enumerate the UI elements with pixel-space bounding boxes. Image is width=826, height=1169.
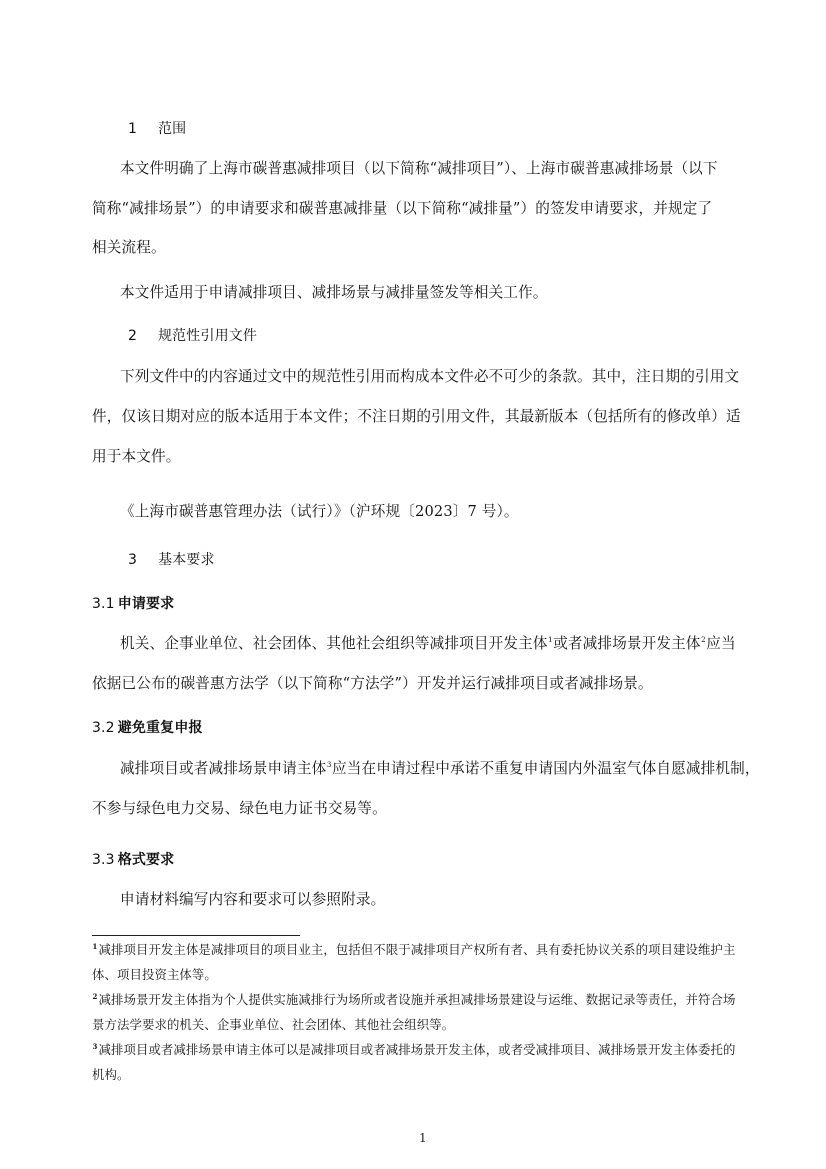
footnote-text: 减排项目开发主体是减排项目的项目业主，包括但不限于减排项目产权所有者、具有委托协… [98, 942, 735, 957]
subsection-number: 3.2 [92, 720, 115, 736]
paragraph-line: 申请材料编写内容和要求可以参照附录。 [120, 890, 385, 910]
subsection-number: 3.3 [92, 852, 115, 868]
page-number: 1 [419, 1131, 427, 1145]
footnote-text: 减排场景开发主体指为个人提供实施减排行为场所或者设施并承担减排场景建设与运维、数… [98, 992, 735, 1007]
paragraph-line: 不参与绿色电力交易、绿色电力证书交易等。 [92, 799, 387, 819]
subsection-number: 3.1 [92, 596, 115, 612]
normative-reference: 《上海市碳普惠管理办法（试行）》（沪环规〔2023〕7 号）。 [120, 502, 519, 522]
subsection-title: 格式要求 [118, 852, 175, 868]
section-number: 3 [128, 550, 158, 570]
section-heading-2: 2规范性引用文件 [128, 326, 257, 346]
text-run: 应当在申请过程中承诺不重复申请国内外温室气体自愿减排机制， [332, 760, 760, 777]
section-title: 基本要求 [158, 552, 215, 568]
section-heading-1: 1范围 [128, 119, 186, 139]
paragraph-line: 用于本文件。 [92, 447, 180, 467]
section-title: 范围 [158, 121, 186, 137]
footnote-2: 2减排场景开发主体指为个人提供实施减排行为场所或者设施并承担减排场景建设与运维、… [92, 992, 736, 1008]
footnote-3-cont: 机构。 [92, 1067, 129, 1083]
section-heading-3: 3基本要求 [128, 550, 215, 570]
paragraph-line: 件，仅该日期对应的版本适用于本文件；不注日期的引用文件，其最新版本（包括所有的修… [92, 407, 741, 427]
subsection-title: 避免重复申报 [118, 720, 203, 736]
text-run: 应当 [706, 635, 736, 652]
footnote-ref-1[interactable]: 1 [548, 636, 553, 644]
subsection-heading-3-2: 3.2避免重复申报 [92, 718, 203, 738]
paragraph-line: 本文件适用于申请减排项目、减排场景与减排量签发等相关工作。 [120, 283, 548, 303]
footnote-3: 3减排项目或者减排场景申请主体可以是减排项目或者减排场景开发主体，或者受减排项目… [92, 1042, 736, 1058]
footnote-ref-3[interactable]: 3 [327, 761, 332, 769]
footnote-1: 1减排项目开发主体是减排项目的项目业主，包括但不限于减排项目产权所有者、具有委托… [92, 942, 736, 958]
footnote-1-cont: 体、项目投资主体等。 [92, 967, 217, 983]
document-page: 1范围 本文件明确了上海市碳普惠减排项目（以下简称“减排项目”）、上海市碳普惠减… [0, 0, 826, 1169]
subsection-title: 申请要求 [118, 596, 175, 612]
paragraph-line: 减排项目或者减排场景申请主体3应当在申请过程中承诺不重复申请国内外温室气体自愿减… [120, 759, 760, 779]
text-run: 机关、企事业单位、社会团体、其他社会组织等减排项目开发主体 [120, 635, 548, 652]
subsection-heading-3-1: 3.1申请要求 [92, 594, 174, 614]
section-number: 1 [128, 119, 158, 139]
subsection-heading-3-3: 3.3格式要求 [92, 850, 174, 870]
footnote-mark: 2 [93, 992, 98, 1001]
paragraph-line: 相关流程。 [92, 238, 166, 258]
paragraph-line: 简称“减排场景”）的申请要求和碳普惠减排量（以下简称“减排量”）的签发申请要求，… [92, 199, 712, 219]
footnote-2-cont: 景方法学要求的机关、企事业单位、社会团体、其他社会组织等。 [92, 1017, 454, 1033]
paragraph-line: 依据已公布的碳普惠方法学（以下简称“方法学”）开发并运行减排项目或者减排场景。 [92, 674, 653, 694]
footnote-divider [92, 935, 300, 936]
paragraph-line: 机关、企事业单位、社会团体、其他社会组织等减排项目开发主体1或者减排场景开发主体… [120, 634, 736, 654]
footnote-mark: 1 [93, 942, 98, 951]
section-number: 2 [128, 326, 158, 346]
paragraph-line: 下列文件中的内容通过文中的规范性引用而构成本文件必不可少的条款。其中，注日期的引… [120, 367, 739, 387]
text-run: 或者减排场景开发主体 [553, 635, 700, 652]
footnote-text: 减排项目或者减排场景申请主体可以是减排项目或者减排场景开发主体，或者受减排项目、… [98, 1042, 735, 1057]
paragraph-line: 本文件明确了上海市碳普惠减排项目（以下简称“减排项目”）、上海市碳普惠减排场景（… [120, 159, 718, 179]
section-title: 规范性引用文件 [158, 328, 257, 344]
text-run: 减排项目或者减排场景申请主体 [120, 760, 326, 777]
footnote-mark: 3 [93, 1042, 98, 1051]
